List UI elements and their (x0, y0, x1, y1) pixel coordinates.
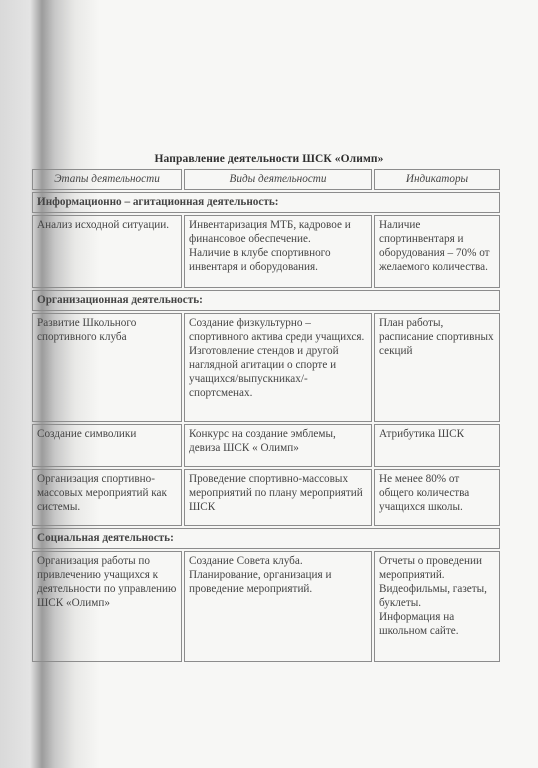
activities-cell: Проведение спортивно-массовых мероприяти… (184, 469, 372, 526)
stage-cell: Организация работы по привлечению учащих… (32, 551, 182, 662)
stage-cell: Создание символики (32, 424, 182, 467)
stage-cell: Анализ исходной ситуации. (32, 215, 182, 288)
activities-cell: Конкурс на создание эмблемы, девиза ШСК … (184, 424, 372, 467)
table-row: Анализ исходной ситуации. Инвентаризация… (32, 215, 500, 288)
column-header-indicators: Индикаторы (374, 169, 500, 190)
section-row-informational: Информационно – агитационная деятельност… (32, 192, 500, 213)
activities-cell: Создание Совета клуба. Планирование, орг… (184, 551, 372, 662)
activities-cell: Инвентаризация МТБ, кадровое и финансово… (184, 215, 372, 288)
stage-cell: Организация спортивно-массовых мероприят… (32, 469, 182, 526)
section-row-social: Социальная деятельность: (32, 528, 500, 549)
activity-table: Этапы деятельности Виды деятельности Инд… (30, 167, 502, 664)
document-page: Направление деятельности ШСК «Олимп» Эта… (0, 0, 538, 768)
section-heading: Социальная деятельность: (32, 528, 500, 549)
indicators-cell: Атрибутика ШСК (374, 424, 500, 467)
indicators-cell: План работы, расписание спортивных секци… (374, 313, 500, 422)
stage-cell: Развитие Школьного спортивного клуба (32, 313, 182, 422)
section-heading: Информационно – агитационная деятельност… (32, 192, 500, 213)
indicators-cell: Не менее 80% от общего количества учащих… (374, 469, 500, 526)
table-row: Организация работы по привлечению учащих… (32, 551, 500, 662)
table-row: Организация спортивно-массовых мероприят… (32, 469, 500, 526)
column-header-activities: Виды деятельности (184, 169, 372, 190)
document-title: Направление деятельности ШСК «Олимп» (0, 153, 538, 165)
table-row: Развитие Школьного спортивного клуба Соз… (32, 313, 500, 422)
indicators-cell: Наличие спортинвентаря и оборудования – … (374, 215, 500, 288)
activities-cell: Создание физкультурно – спортивного акти… (184, 313, 372, 422)
section-row-organizational: Организационная деятельность: (32, 290, 500, 311)
indicators-cell: Отчеты о проведении мероприятий. Видеофи… (374, 551, 500, 662)
table-row: Создание символики Конкурс на создание э… (32, 424, 500, 467)
column-header-stages: Этапы деятельности (32, 169, 182, 190)
section-heading: Организационная деятельность: (32, 290, 500, 311)
table-header-row: Этапы деятельности Виды деятельности Инд… (32, 169, 500, 190)
